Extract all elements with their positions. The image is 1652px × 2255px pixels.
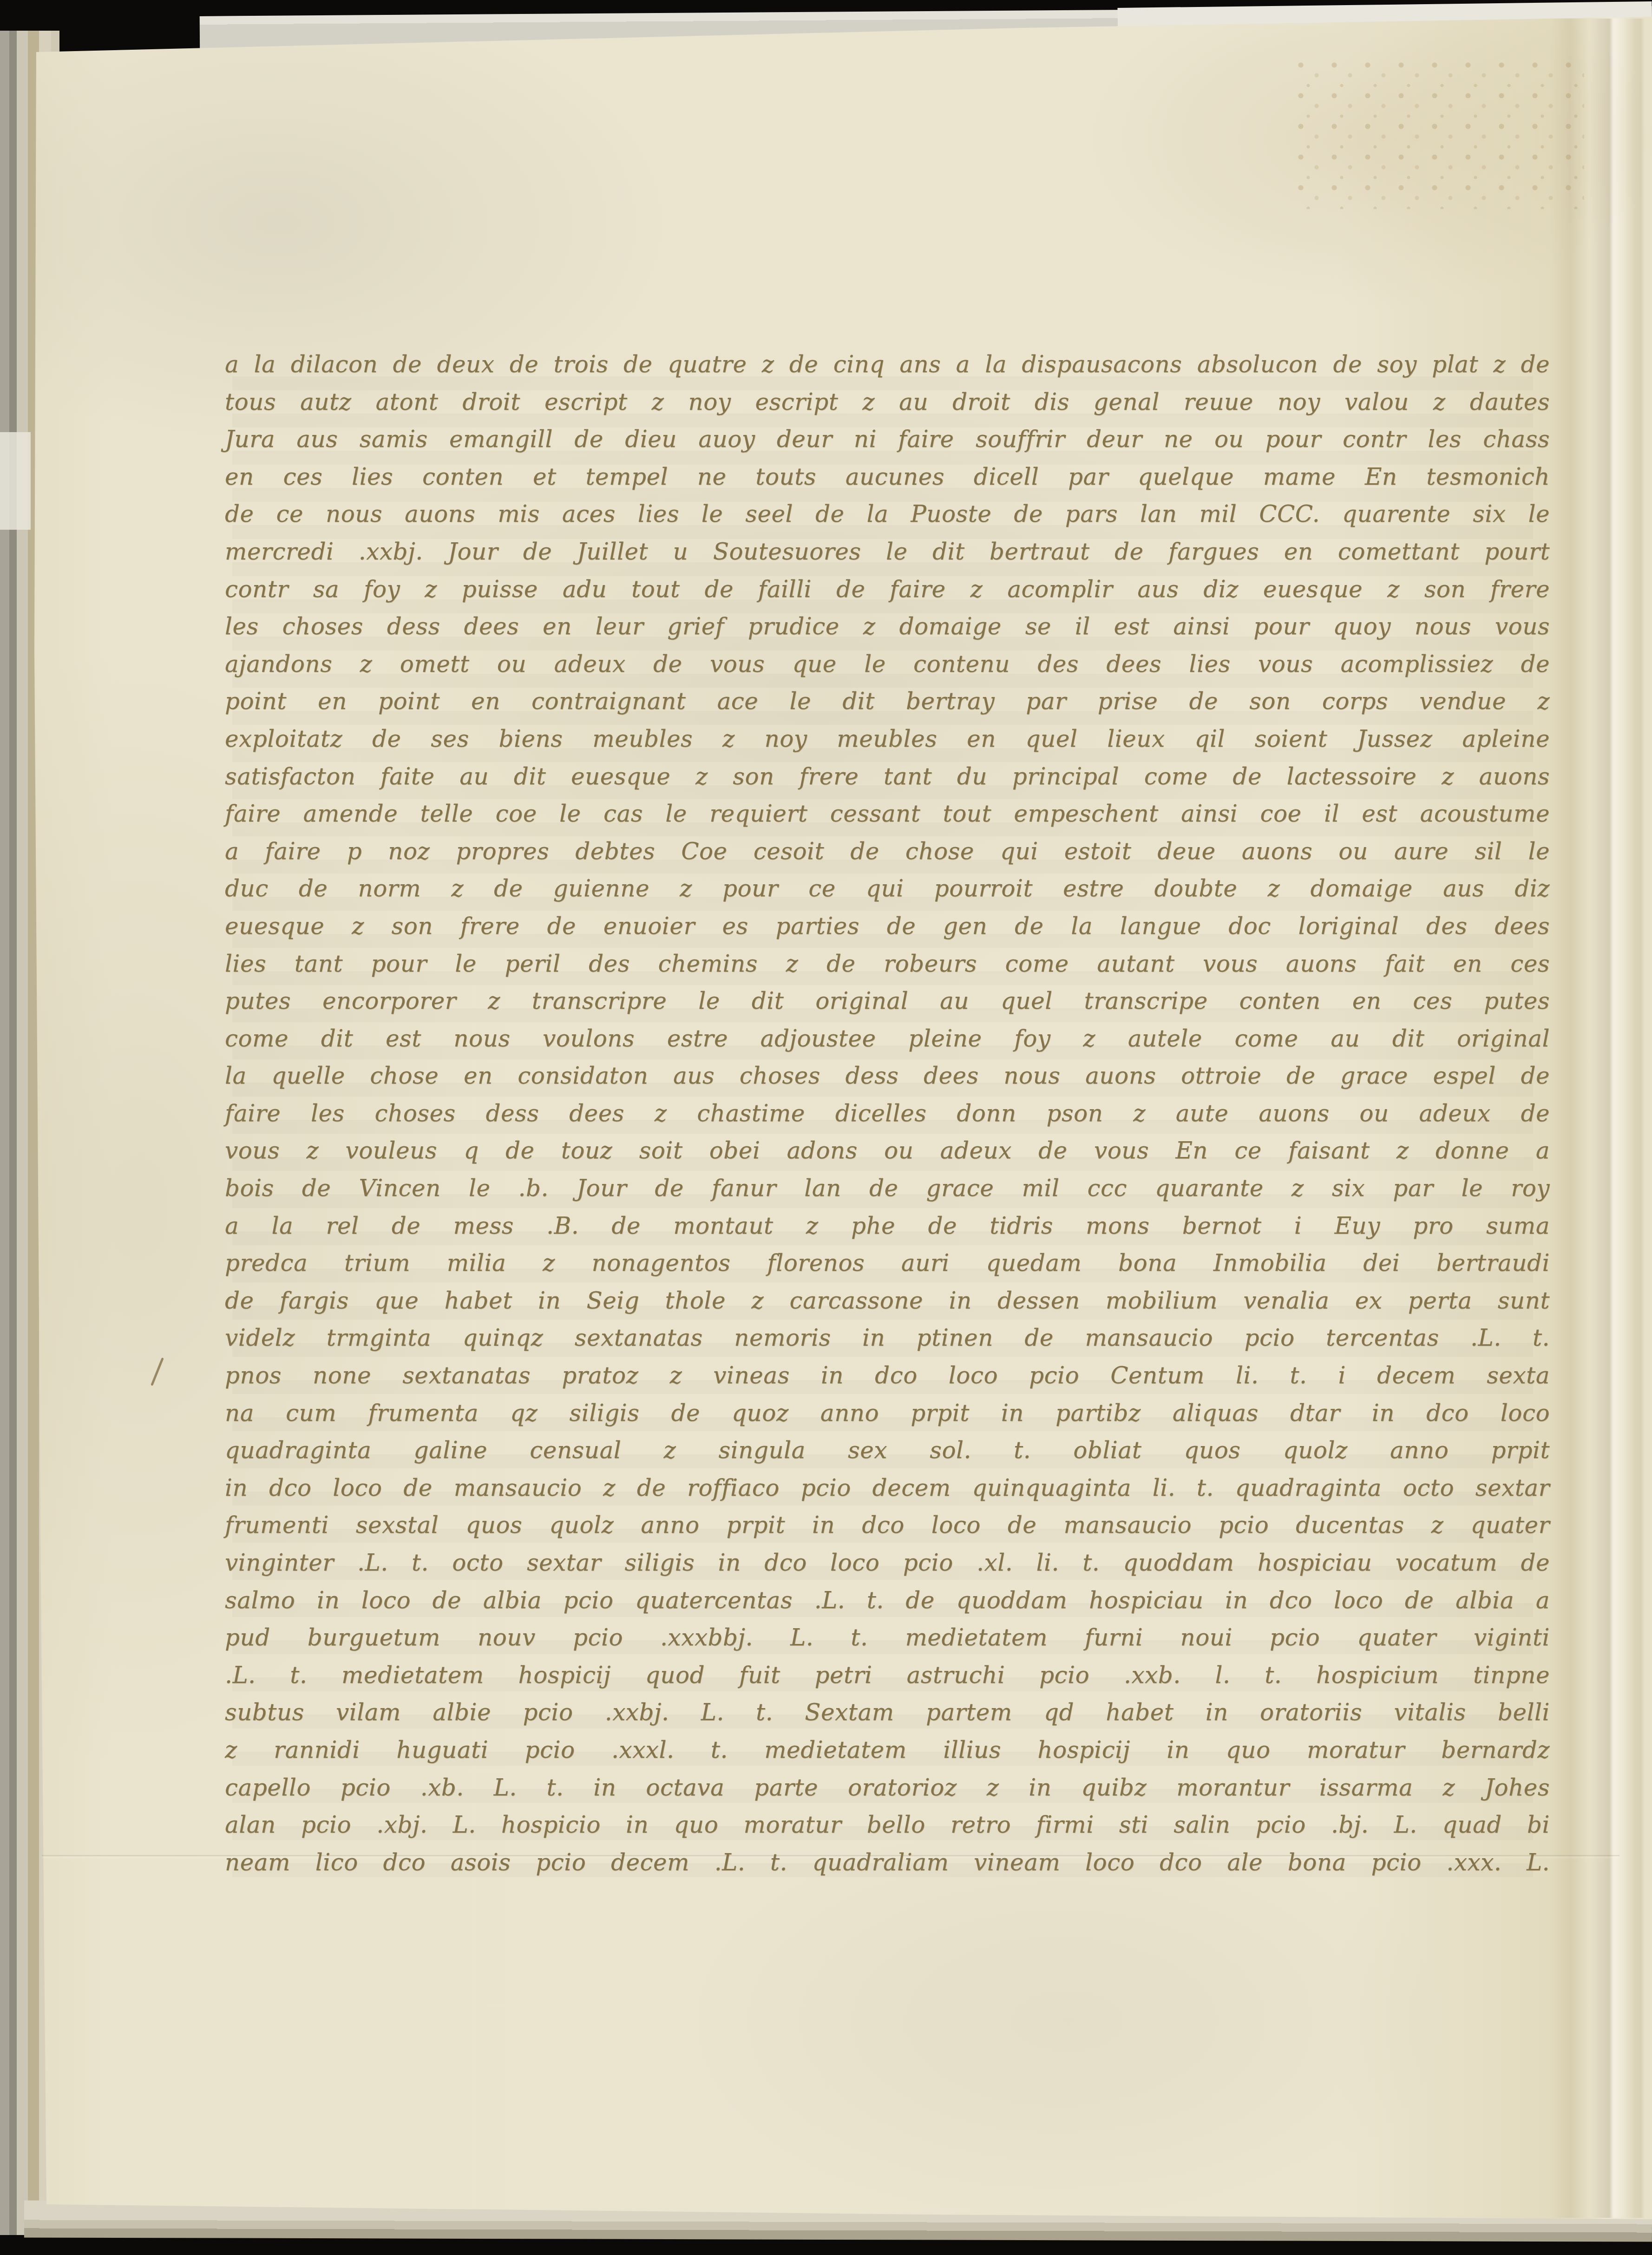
manuscript-text-line: euesque z son frere de enuoier es partie… [225, 907, 1550, 945]
parchment-speckles [1296, 60, 1584, 209]
manuscript-text-line: .L. t. medietatem hospicij quod fuit pet… [225, 1657, 1550, 1694]
manuscript-text-line: come dit est nous voulons estre adjouste… [225, 1020, 1550, 1058]
manuscript-text-line: vous z vouleus q de touz soit obei adons… [225, 1132, 1550, 1170]
manuscript-text-line: videlz trmginta quinqz sextanatas nemori… [225, 1319, 1550, 1357]
manuscript-text-line: capello pcio .xb. L. t. in octava parte … [225, 1769, 1550, 1807]
manuscript-text-line: satisfacton faite au dit euesque z son f… [225, 758, 1550, 795]
manuscript-text-line: de ce nous auons mis aces lies le seel d… [225, 495, 1550, 533]
manuscript-text-line: contr sa foy z puisse adu tout de failli… [225, 571, 1550, 608]
manuscript-text-line: duc de norm z de guienne z pour ce qui p… [225, 870, 1550, 907]
manuscript-text-line: vinginter .L. t. octo sextar siligis in … [225, 1544, 1550, 1582]
manuscript-text-line: predca trium milia z nonagentos florenos… [225, 1244, 1550, 1282]
manuscript-text-line: pnos none sextanatas pratoz z vineas in … [225, 1357, 1550, 1394]
manuscript-text-line: na cum frumenta qz siligis de quoz anno … [225, 1394, 1550, 1432]
manuscript-text-line: mercredi .xxbj. Jour de Juillet u Soutes… [225, 533, 1550, 571]
manuscript-text-line: en ces lies conten et tempel ne touts au… [225, 458, 1550, 496]
manuscript-text-line: de fargis que habet in Seig thole z carc… [225, 1282, 1550, 1320]
manuscript-text-line: faire les choses dess dees z chastime di… [225, 1095, 1550, 1132]
manuscript-text-line: alan pcio .xbj. L. hospicio in quo morat… [225, 1806, 1550, 1844]
manuscript-text-line: faire amende telle coe le cas le requier… [225, 795, 1550, 833]
manuscript-text-line: in dco loco de mansaucio z de roffiaco p… [225, 1469, 1550, 1507]
manuscript-text-line: ajandons z omett ou adeux de vous que le… [225, 645, 1550, 683]
manuscript-text-line: tous autz atont droit escript z noy escr… [225, 383, 1550, 421]
manuscript-text-line: frumenti sexstal quos quolz anno prpit i… [225, 1506, 1550, 1544]
manuscript-text-line: z rannidi huguati pcio .xxxl. t. medieta… [225, 1731, 1550, 1769]
manuscript-text-line: Jura aus samis emangill de dieu auoy deu… [225, 421, 1550, 458]
manuscript-text-line: pud burguetum nouv pcio .xxxbbj. L. t. m… [225, 1619, 1550, 1657]
manuscript-text-line: lies tant pour le peril des chemins z de… [225, 945, 1550, 983]
page-fold-fore-edge [1550, 19, 1652, 2218]
manuscript-text-line: bois de Vincen le .b. Jour de fanur lan … [225, 1170, 1550, 1207]
manuscript-text-line: les choses dess dees en leur grief prudi… [225, 608, 1550, 645]
manuscript-text-line: exploitatz de ses biens meubles z noy me… [225, 720, 1550, 758]
manuscript-text: a la dilacon de deux de trois de quatre … [225, 346, 1550, 1881]
manuscript-text-line: a faire p noz propres debtes Coe cesoit … [225, 833, 1550, 870]
manuscript-text-line: la quelle chose en considaton aus choses… [225, 1057, 1550, 1095]
manuscript-scan: a la dilacon de deux de trois de quatre … [0, 0, 1652, 2255]
manuscript-text-line: a la rel de mess .B. de montaut z phe de… [225, 1207, 1550, 1245]
manuscript-text-line: quadraginta galine censual z singula sex… [225, 1432, 1550, 1469]
manuscript-text-line: point en point en contraignant ace le di… [225, 683, 1550, 720]
manuscript-text-line: a la dilacon de deux de trois de quatre … [225, 346, 1550, 383]
manuscript-text-line: putes encorporer z transcripre le dit or… [225, 982, 1550, 1020]
manuscript-text-line: salmo in loco de albia pcio quatercentas… [225, 1582, 1550, 1619]
manuscript-text-line: subtus vilam albie pcio .xxbj. L. t. Sex… [225, 1694, 1550, 1731]
folio-edge-sliver-left [0, 432, 31, 530]
manuscript-text-line: neam lico dco asois pcio decem .L. t. qu… [225, 1844, 1550, 1881]
